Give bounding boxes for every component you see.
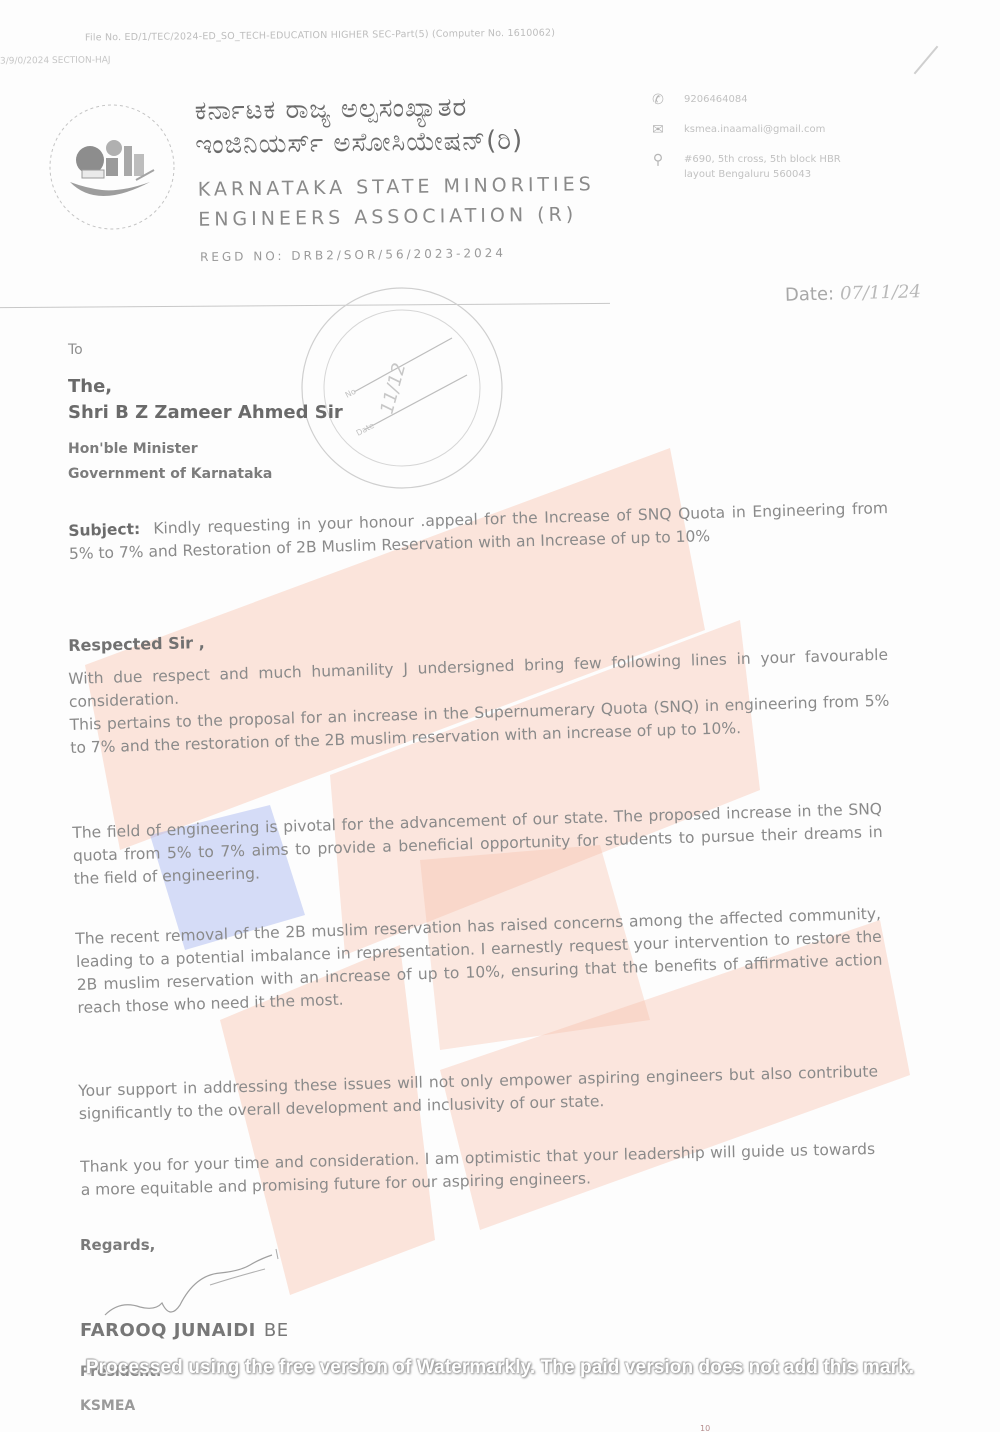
recipient-organization: Government of Karnataka xyxy=(68,466,888,482)
registration-number: REGD NO: DRB2/SOR/56/2023-2024 xyxy=(200,246,506,264)
contact-phone: ✆ 9206464084 xyxy=(648,92,864,108)
signer-name: FAROOQ JUNAIDIBE xyxy=(80,1320,900,1341)
association-emblem-icon xyxy=(42,100,182,235)
svg-text:Date: Date xyxy=(355,421,376,438)
paragraph-reservation: The recent removal of the 2B muslim rese… xyxy=(75,903,883,1020)
page-number: 10 xyxy=(700,1424,710,1432)
subject-text: Kindly requesting in your honour .appeal… xyxy=(69,499,889,563)
phone-number: 9206464084 xyxy=(684,92,748,107)
paragraph-support: Your support in addressing these issues … xyxy=(78,1060,879,1126)
signer-organization: KSMEA xyxy=(80,1398,900,1414)
postal-address: #690, 5th cross, 5th block HBR layout Be… xyxy=(684,152,864,182)
signature xyxy=(100,1245,290,1325)
contact-block: ✆ 9206464084 ✉ ksmea.inaamali@gmail.com … xyxy=(648,92,864,196)
paragraph-thanks: Thank you for your time and consideratio… xyxy=(80,1138,876,1202)
recipient-prefix: The, xyxy=(68,376,888,397)
paragraph-intro: With due respect and much humanility J u… xyxy=(68,644,890,760)
signer-degree: BE xyxy=(264,1320,289,1341)
date-label: Date: xyxy=(785,283,835,305)
watermark-notice: Processed using the free version of Wate… xyxy=(0,1357,1000,1379)
contact-address: ⚲ #690, 5th cross, 5th block HBR layout … xyxy=(648,152,864,182)
org-name-english-line2: ENGINEERS ASSOCIATION (R) xyxy=(198,199,595,235)
file-reference-section: 3/9/0/2024 SECTION-HAJ xyxy=(0,55,111,66)
org-name-english: KARNATAKA STATE MINORITIES ENGINEERS ASS… xyxy=(198,169,596,235)
email-icon: ✉ xyxy=(648,122,668,138)
pen-mark xyxy=(914,46,939,75)
to-label: To xyxy=(68,342,888,358)
org-name-kannada-line1: ಕರ್ನಾಟಕ ರಾಜ್ಯ ಅಲ್ಪಸಂಖ್ಯಾತರ xyxy=(195,90,523,129)
contact-email: ✉ ksmea.inaamali@gmail.com xyxy=(648,122,864,138)
paragraph-engineering: The field of engineering is pivotal for … xyxy=(72,798,884,891)
file-reference: File No. ED/1/TEC/2024-ED_SO_TECH-EDUCAT… xyxy=(85,28,555,44)
letter-page: File No. ED/1/TEC/2024-ED_SO_TECH-EDUCAT… xyxy=(0,0,1000,1432)
subject-line: Subject: Kindly requesting in your honou… xyxy=(68,497,889,566)
org-name-kannada: ಕರ್ನಾಟಕ ರಾಜ್ಯ ಅಲ್ಪಸಂಖ್ಯಾತರ ಇಂಜಿನಿಯರ್ಸ್ ಅ… xyxy=(195,90,524,163)
letter-date: Date:07/11/24 xyxy=(785,281,921,306)
date-value: 07/11/24 xyxy=(840,281,921,304)
subject-label: Subject: xyxy=(68,520,140,540)
location-pin-icon: ⚲ xyxy=(648,152,668,168)
signer-name-text: FAROOQ JUNAIDI xyxy=(80,1320,256,1341)
recipient-name: Shri B Z Zameer Ahmed Sir xyxy=(68,402,888,423)
org-name-kannada-line2: ಇಂಜಿನಿಯರ್ಸ್ ಅಸೋಸಿಯೇಷನ್(ರಿ) xyxy=(195,124,523,163)
email-address: ksmea.inaamali@gmail.com xyxy=(684,122,825,137)
phone-icon: ✆ xyxy=(648,92,668,108)
recipient-title: Hon'ble Minister xyxy=(68,441,888,457)
